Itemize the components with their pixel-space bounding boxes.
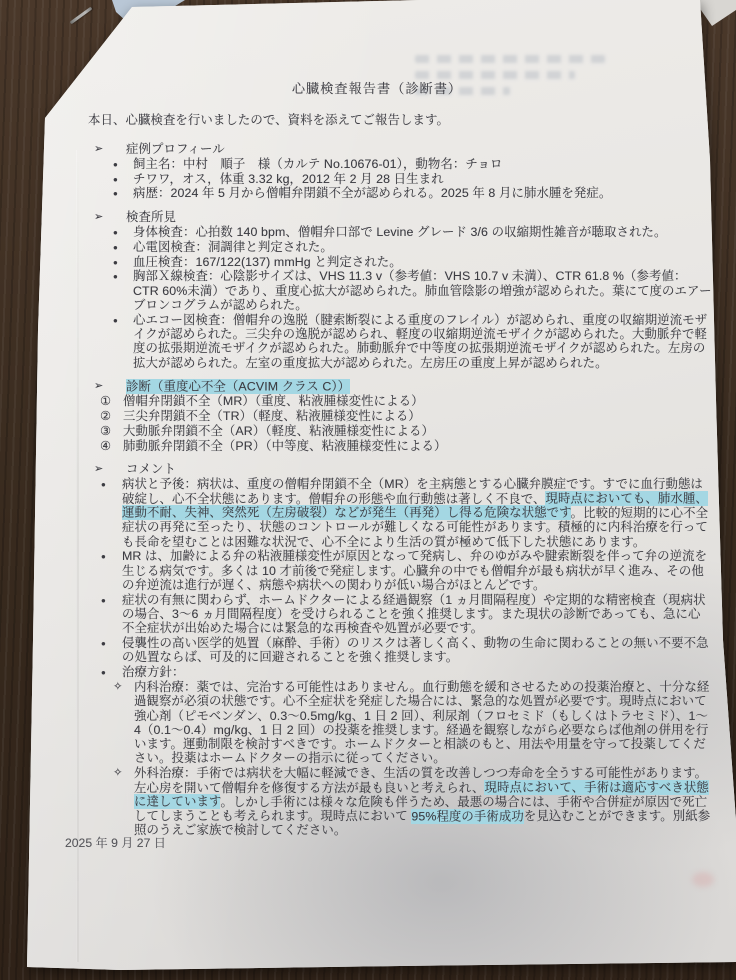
list-item-text: 侵襲性の高い医学的処置（麻酔、手術）のリスクは著しく高く、動物の生命に関わること… <box>122 636 709 664</box>
list-item-text: チワワ，オス，体重 3.32 kg，2012 年 2 月 28 日生まれ <box>133 172 444 186</box>
bullet-icon: ● <box>113 187 118 201</box>
section-diagnosis: ➢診断（重度心不全（ACVIM クラス C））①僧帽弁閉鎖不全（MR）（重度、粘… <box>88 379 712 453</box>
bullet-icon: ● <box>101 637 106 651</box>
list-item-text: 肺動脈弁閉鎖不全（PR）（中等度、粘液腫様変性による） <box>123 439 446 453</box>
list-item: ●チワワ，オス，体重 3.32 kg，2012 年 2 月 28 日生まれ <box>88 172 712 186</box>
list-item: ●病状と予後：病状は、重度の僧帽弁閉鎖不全（MR）を主病態とする心臓弁膜症です。… <box>88 477 712 548</box>
list-item-text: 病状と予後：病状は、重度の僧帽弁閉鎖不全（MR）を主病態とする心臓弁膜症です。す… <box>122 477 708 548</box>
bullet-icon: ● <box>113 314 118 328</box>
highlighted-text: 95%程度の手術成功 <box>411 809 524 824</box>
list-item-text: 大動脈弁閉鎖不全（AR）（軽度、粘液腫様変性による） <box>123 424 434 438</box>
section-comments: ➢コメント●病状と予後：病状は、重度の僧帽弁閉鎖不全（MR）を主病態とする心臓弁… <box>88 462 712 838</box>
arrow-bullet-icon: ➢ <box>94 462 103 476</box>
bullet-icon: ● <box>113 241 118 255</box>
bullet-icon: ● <box>113 256 118 270</box>
report-intro: 本日、心臓検査を行いましたので、資料を添えてご報告します。 <box>88 113 712 127</box>
bullet-icon: ● <box>101 666 106 680</box>
arrow-bullet-icon: ➢ <box>94 210 103 224</box>
bullet-icon: ● <box>113 173 118 187</box>
section-case-profile: ➢症例プロフィール●飼主名：中村 順子 様（カルテ No.10676-01），動… <box>88 142 712 201</box>
list-item-text: 治療方針： <box>122 665 184 679</box>
arrow-bullet-icon: ➢ <box>94 379 103 393</box>
list-item-text: 僧帽弁閉鎖不全（MR）（重度、粘液腫様変性による） <box>123 394 424 408</box>
list-item-text: 身体検査：心拍数 140 bpm、僧帽弁口部で Levine グレード 3/6 … <box>133 225 666 239</box>
circled-number-icon: ② <box>100 409 111 423</box>
section-heading-case-profile: ➢症例プロフィール <box>88 142 712 156</box>
pink-smudge <box>692 872 714 887</box>
diamond-bullet-icon: ✧ <box>113 766 123 780</box>
list-item: ●病歴：2024 年 5 月から僧帽弁閉鎖不全が認められる。2025 年 8 月… <box>88 186 712 200</box>
list-item-text: 血圧検査：167/122(137) mmHg と判定された。 <box>133 255 402 269</box>
list-item: ①僧帽弁閉鎖不全（MR）（重度、粘液腫様変性による） <box>88 394 712 408</box>
list-item: ④肺動脈弁閉鎖不全（PR）（中等度、粘液腫様変性による） <box>88 439 712 453</box>
sub-list-item: ✧内科治療：薬では、完治する可能性はありません。血行動態を緩和させるための投薬治… <box>88 680 712 766</box>
report-date: 2025 年 9 月 27 日 <box>65 834 166 851</box>
section-heading-diagnosis: ➢診断（重度心不全（ACVIM クラス C）） <box>88 379 712 393</box>
list-item-text: 胸部Ｘ線検査：心陰影サイズは、VHS 11.3 v（参考値：VHS 10.7 v… <box>133 269 712 312</box>
list-item: ●胸部Ｘ線検査：心陰影サイズは、VHS 11.3 v（参考値：VHS 10.7 … <box>88 269 712 312</box>
list-item: ③大動脈弁閉鎖不全（AR）（軽度、粘液腫様変性による） <box>88 424 712 438</box>
list-item: ●症状の有無に関わらず、ホームドクターによる経過観察（1 ヵ月間隔程度）や定期的… <box>88 593 712 636</box>
diamond-bullet-icon: ✧ <box>113 680 123 694</box>
list-item: ●飼主名：中村 順子 様（カルテ No.10676-01），動物名：チョロ <box>88 157 712 171</box>
list-item: ●心エコー図検査：僧帽弁の逸脱（腱索断裂による重度のフレイル）が認められ、重度の… <box>88 313 712 370</box>
list-item-text: 心エコー図検査：僧帽弁の逸脱（腱索断裂による重度のフレイル）が認められ、重度の収… <box>133 313 707 370</box>
bullet-icon: ● <box>113 158 118 172</box>
sub-list-item-text: 外科治療：手術では病状を大幅に軽減でき、生活の質を改善しつつ寿命を全うする可能性… <box>134 766 710 837</box>
bullet-icon: ● <box>101 478 106 492</box>
sub-list-item-text: 内科治療：薬では、完治する可能性はありません。血行動態を緩和させるための投薬治療… <box>134 680 709 765</box>
list-item: ②三尖弁閉鎖不全（TR）（軽度、粘液腫様変性による） <box>88 409 712 423</box>
list-item-text: 病歴：2024 年 5 月から僧帽弁閉鎖不全が認められる。2025 年 8 月に… <box>133 186 611 200</box>
list-item: ●侵襲性の高い医学的処置（麻酔、手術）のリスクは著しく高く、動物の生命に関わるこ… <box>88 636 712 665</box>
list-item: ●身体検査：心拍数 140 bpm、僧帽弁口部で Levine グレード 3/6… <box>88 225 712 239</box>
highlighted-text: 現時点において、手術は適応すべき状態に達しています <box>134 780 709 809</box>
section-findings: ➢検査所見●身体検査：心拍数 140 bpm、僧帽弁口部で Levine グレー… <box>88 210 712 370</box>
list-item: ●MR は、加齢による弁の粘液腫様変性が原因となって発病し、弁のゆがみや腱索断裂… <box>88 549 712 592</box>
list-item-text: 心電図検査：洞調律と判定された。 <box>133 240 333 254</box>
list-item-text: 三尖弁閉鎖不全（TR）（軽度、粘液腫様変性による） <box>123 409 421 423</box>
circled-number-icon: ③ <box>100 424 111 438</box>
list-item: ●心電図検査：洞調律と判定された。 <box>88 240 712 254</box>
section-title: 検査所見 <box>126 210 176 224</box>
list-item-text: 症状の有無に関わらず、ホームドクターによる経過観察（1 ヵ月間隔程度）や定期的な… <box>122 593 706 636</box>
list-item: ●血圧検査：167/122(137) mmHg と判定された。 <box>88 255 712 269</box>
highlighted-section-title: 診断（重度心不全（ACVIM クラス C）） <box>126 379 350 394</box>
section-title: コメント <box>126 462 176 476</box>
section-title: 症例プロフィール <box>126 142 225 156</box>
list-item: ●治療方針： <box>88 665 712 679</box>
sub-list-item: ✧外科治療：手術では病状を大幅に軽減でき、生活の質を改善しつつ寿命を全うする可能… <box>88 766 712 837</box>
section-title: 診断（重度心不全（ACVIM クラス C）） <box>126 379 350 394</box>
report-document: 心臓検査報告書（診断書） 本日、心臓検査を行いましたので、資料を添えてご報告しま… <box>88 82 712 847</box>
bullet-icon: ● <box>101 550 106 564</box>
arrow-bullet-icon: ➢ <box>94 142 103 156</box>
bullet-icon: ● <box>101 594 106 608</box>
list-item-text: 飼主名：中村 順子 様（カルテ No.10676-01），動物名：チョロ <box>133 157 503 171</box>
section-heading-findings: ➢検査所見 <box>88 210 712 224</box>
bullet-icon: ● <box>113 226 118 240</box>
circled-number-icon: ④ <box>100 439 111 453</box>
highlighted-text: 現時点においても、肺水腫、運動不耐、失神、突然死（左房破裂）などが発生（再発）し… <box>122 491 708 520</box>
circled-number-icon: ① <box>100 394 111 408</box>
list-item-text: MR は、加齢による弁の粘液腫様変性が原因となって発病し、弁のゆがみや腱索断裂を… <box>122 549 707 592</box>
bullet-icon: ● <box>113 270 118 284</box>
report-title: 心臓検査報告書（診断書） <box>65 82 689 96</box>
report-sections: ➢症例プロフィール●飼主名：中村 順子 様（カルテ No.10676-01），動… <box>88 142 712 838</box>
section-heading-comments: ➢コメント <box>88 462 712 476</box>
